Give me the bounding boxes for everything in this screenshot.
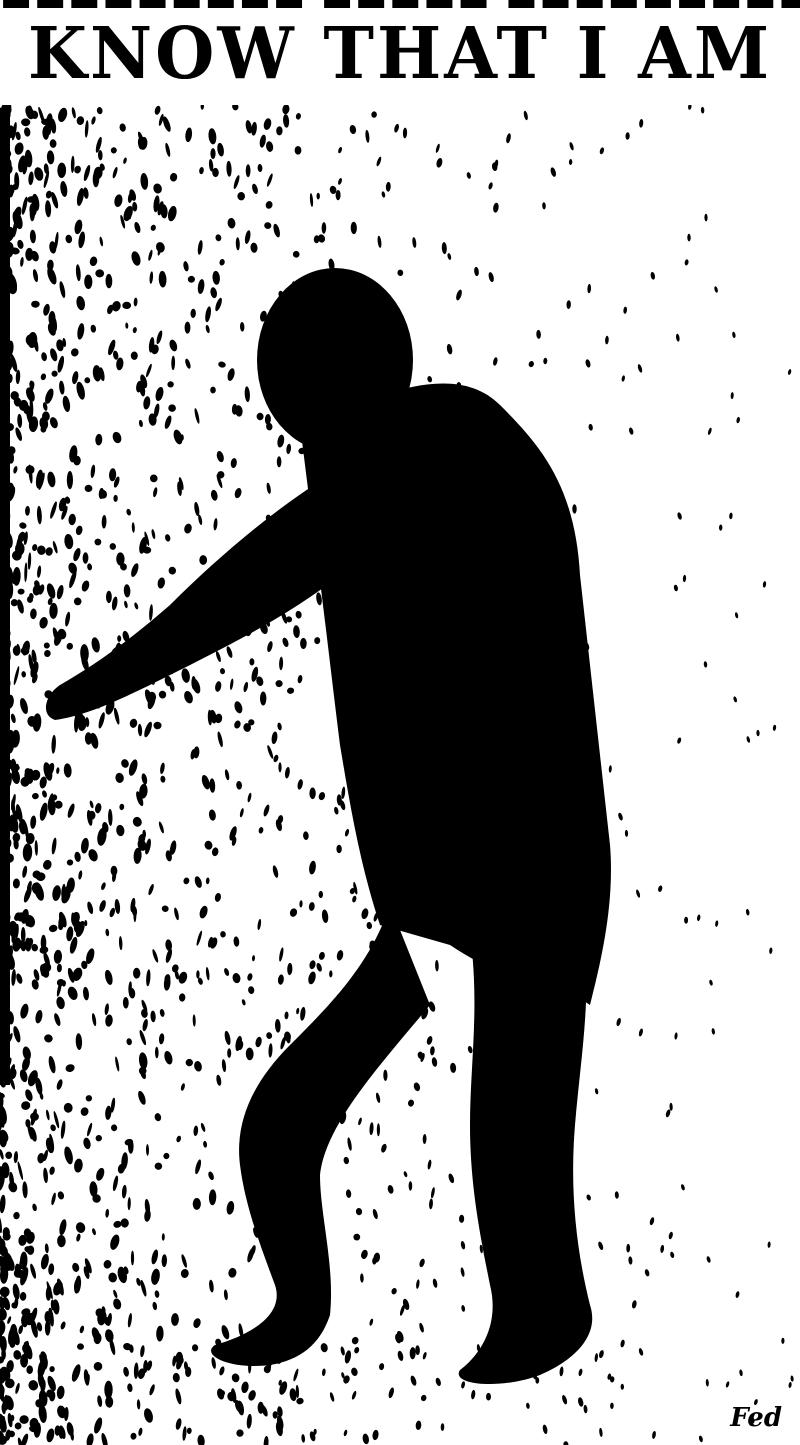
figure-silhouette xyxy=(46,268,611,1384)
headline: KNOW THAT I AM xyxy=(0,12,800,96)
figure-illustration xyxy=(0,105,800,1445)
artist-signature: Fed xyxy=(730,1403,782,1433)
cut-off-text-line: ■■■■■■■■■ ■■■■■ ■■■■■■■■■■ xyxy=(0,0,800,8)
